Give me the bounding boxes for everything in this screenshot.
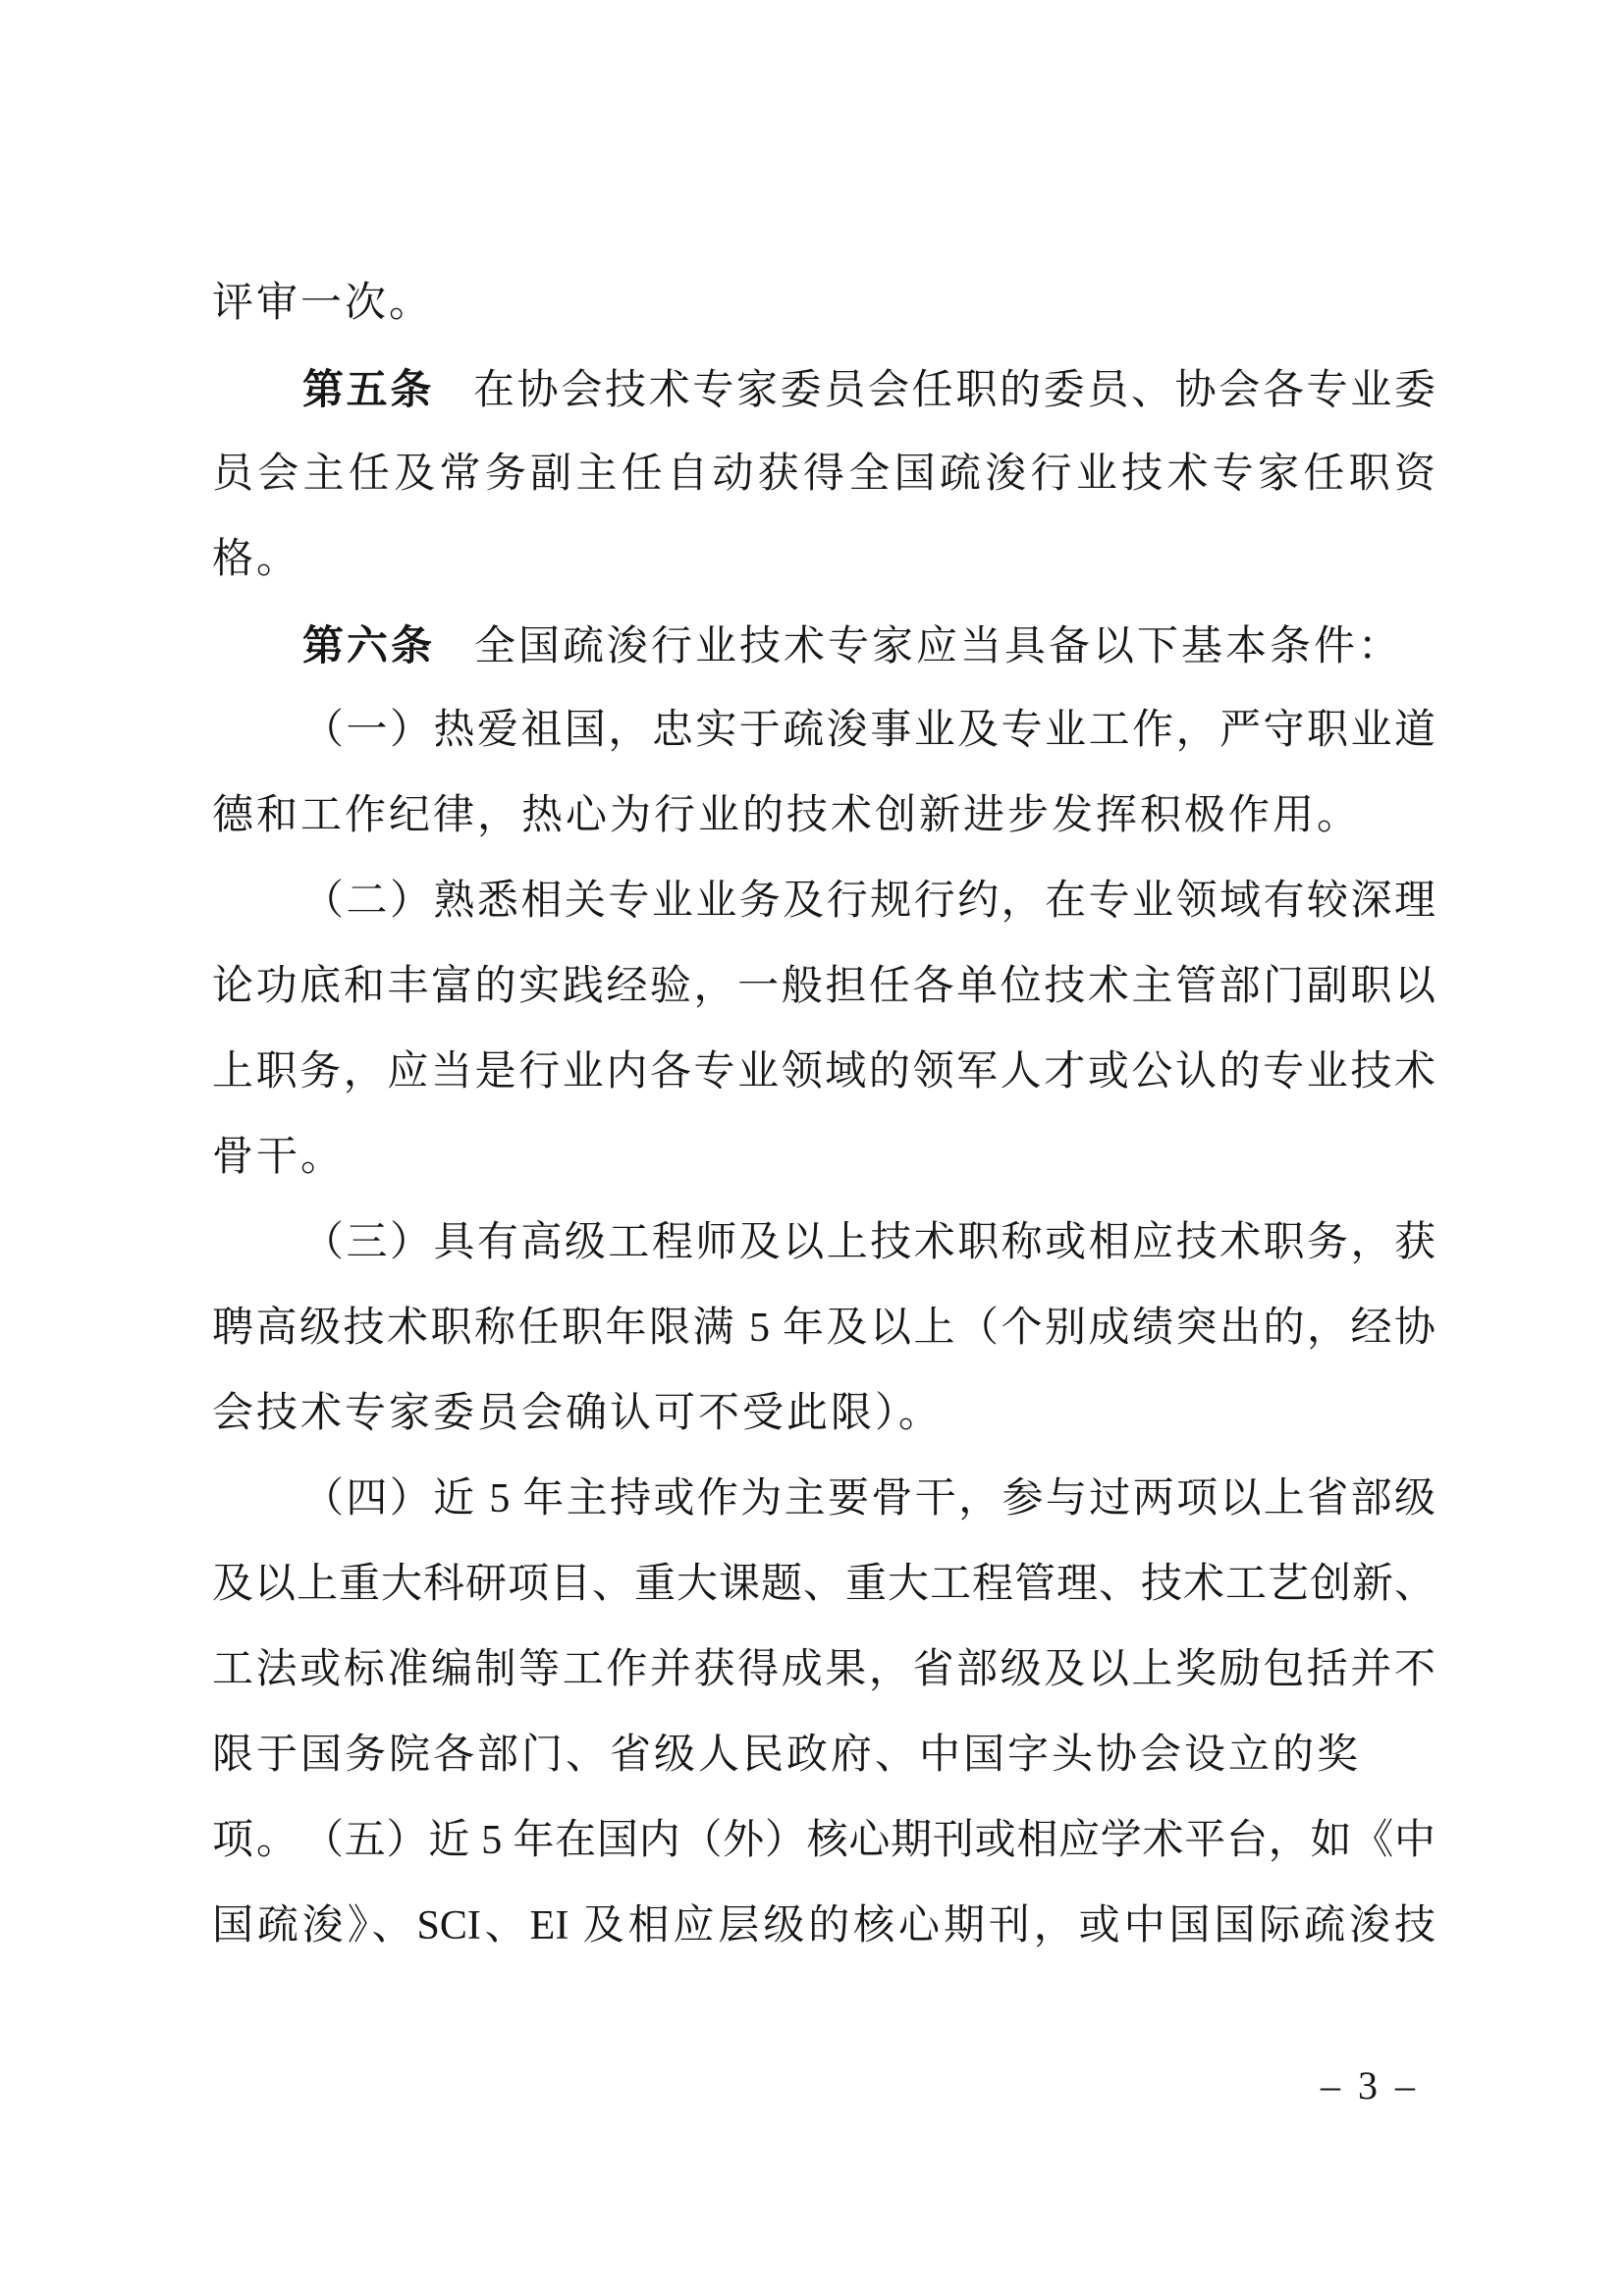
text-line: （一）热爱祖国，忠实于疏浚事业及专业工作，严守职业道 (212, 688, 1435, 774)
text-line: （三）具有高级工程师及以上技术职称或相应技术职务，获 (212, 1201, 1435, 1286)
line-text: （五）近 5 年在国内（外）核心期刊或相应学术平台，如《中 (302, 1818, 1435, 1863)
line-text: 论功底和丰富的实践经验，一般担任各单位技术主管部门副职以 (212, 964, 1435, 1009)
text-line: 德和工作纪律，热心为行业的技术创新进步发挥积极作用。 (212, 774, 1435, 859)
line-text: 全国疏浚行业技术专家应当具备以下基本条件： (474, 624, 1402, 669)
text-line: 第六条全国疏浚行业技术专家应当具备以下基本条件： (212, 603, 1435, 688)
line-text: 上职务，应当是行业内各专业领域的领军人才或公认的专业技术 (212, 1049, 1435, 1095)
text-line: （四）近 5 年主持或作为主要骨干，参与过两项以上省部级 (212, 1457, 1435, 1542)
text-line: 及以上重大科研项目、重大课题、重大工程管理、技术工艺创新、 (212, 1542, 1435, 1628)
line-text: 及以上重大科研项目、重大课题、重大工程管理、技术工艺创新、 (212, 1562, 1435, 1607)
clause-5-label: 第五条 (302, 366, 434, 412)
text-line: 格。 (212, 517, 1435, 603)
text-line: 限于国务院各部门、省级人民政府、中国字头协会设立的奖项。 (212, 1713, 1435, 1798)
text-line: 国疏浚》、SCI、EI 及相应层级的核心期刊，或中国国际疏浚技 (212, 1884, 1435, 1969)
line-text: （四）近 5 年主持或作为主要骨干，参与过两项以上省部级 (302, 1476, 1435, 1522)
line-text: 格。 (212, 537, 300, 582)
text-line: 聘高级技术职称任职年限满 5 年及以上（个别成绩突出的，经协 (212, 1286, 1435, 1371)
line-text: （二）熟悉相关专业业务及行规行约，在专业领域有较深理 (302, 879, 1435, 924)
text-line: （五）近 5 年在国内（外）核心期刊或相应学术平台，如《中 (212, 1798, 1435, 1884)
document-body: 评审一次。 第五条在协会技术专家委员会任职的委员、协会各专业委 员会主任及常务副… (212, 261, 1435, 1969)
line-text: 员会主任及常务副主任自动获得全国疏浚行业技术专家任职资 (212, 452, 1435, 497)
line-text: 聘高级技术职称任职年限满 5 年及以上（个别成绩突出的，经协 (212, 1306, 1435, 1351)
line-text: 德和工作纪律，热心为行业的技术创新进步发挥积极作用。 (212, 793, 1361, 838)
line-text: 骨干。 (212, 1135, 345, 1180)
text-line: 评审一次。 (212, 261, 1435, 347)
text-line: 第五条在协会技术专家委员会任职的委员、协会各专业委 (212, 347, 1435, 432)
line-text: 工法或标准编制等工作并获得成果，省部级及以上奖励包括并不 (212, 1647, 1435, 1692)
line-text: （一）热爱祖国，忠实于疏浚事业及专业工作，严守职业道 (302, 708, 1435, 753)
page-number: – 3 – (1306, 2054, 1434, 2118)
document-page: 评审一次。 第五条在协会技术专家委员会任职的委员、协会各专业委 员会主任及常务副… (0, 0, 1624, 2296)
line-text: 会技术专家委员会确认可不受此限）。 (212, 1391, 943, 1436)
line-text: （三）具有高级工程师及以上技术职称或相应技术职务，获 (302, 1220, 1435, 1265)
text-line: 论功底和丰富的实践经验，一般担任各单位技术主管部门副职以 (212, 944, 1435, 1030)
line-text: 在协会技术专家委员会任职的委员、协会各专业委 (473, 368, 1435, 413)
text-line: 上职务，应当是行业内各专业领域的领军人才或公认的专业技术 (212, 1030, 1435, 1115)
clause-6-label: 第六条 (302, 622, 435, 668)
line-text: 国疏浚》、SCI、EI 及相应层级的核心期刊，或中国国际疏浚技 (212, 1903, 1435, 1949)
text-line: 会技术专家委员会确认可不受此限）。 (212, 1371, 1435, 1457)
text-line: 员会主任及常务副主任自动获得全国疏浚行业技术专家任职资 (212, 432, 1435, 517)
text-line: 骨干。 (212, 1115, 1435, 1201)
text-line: 工法或标准编制等工作并获得成果，省部级及以上奖励包括并不 (212, 1628, 1435, 1713)
text-line: （二）熟悉相关专业业务及行规行约，在专业领域有较深理 (212, 859, 1435, 944)
line-text: 评审一次。 (212, 281, 433, 326)
